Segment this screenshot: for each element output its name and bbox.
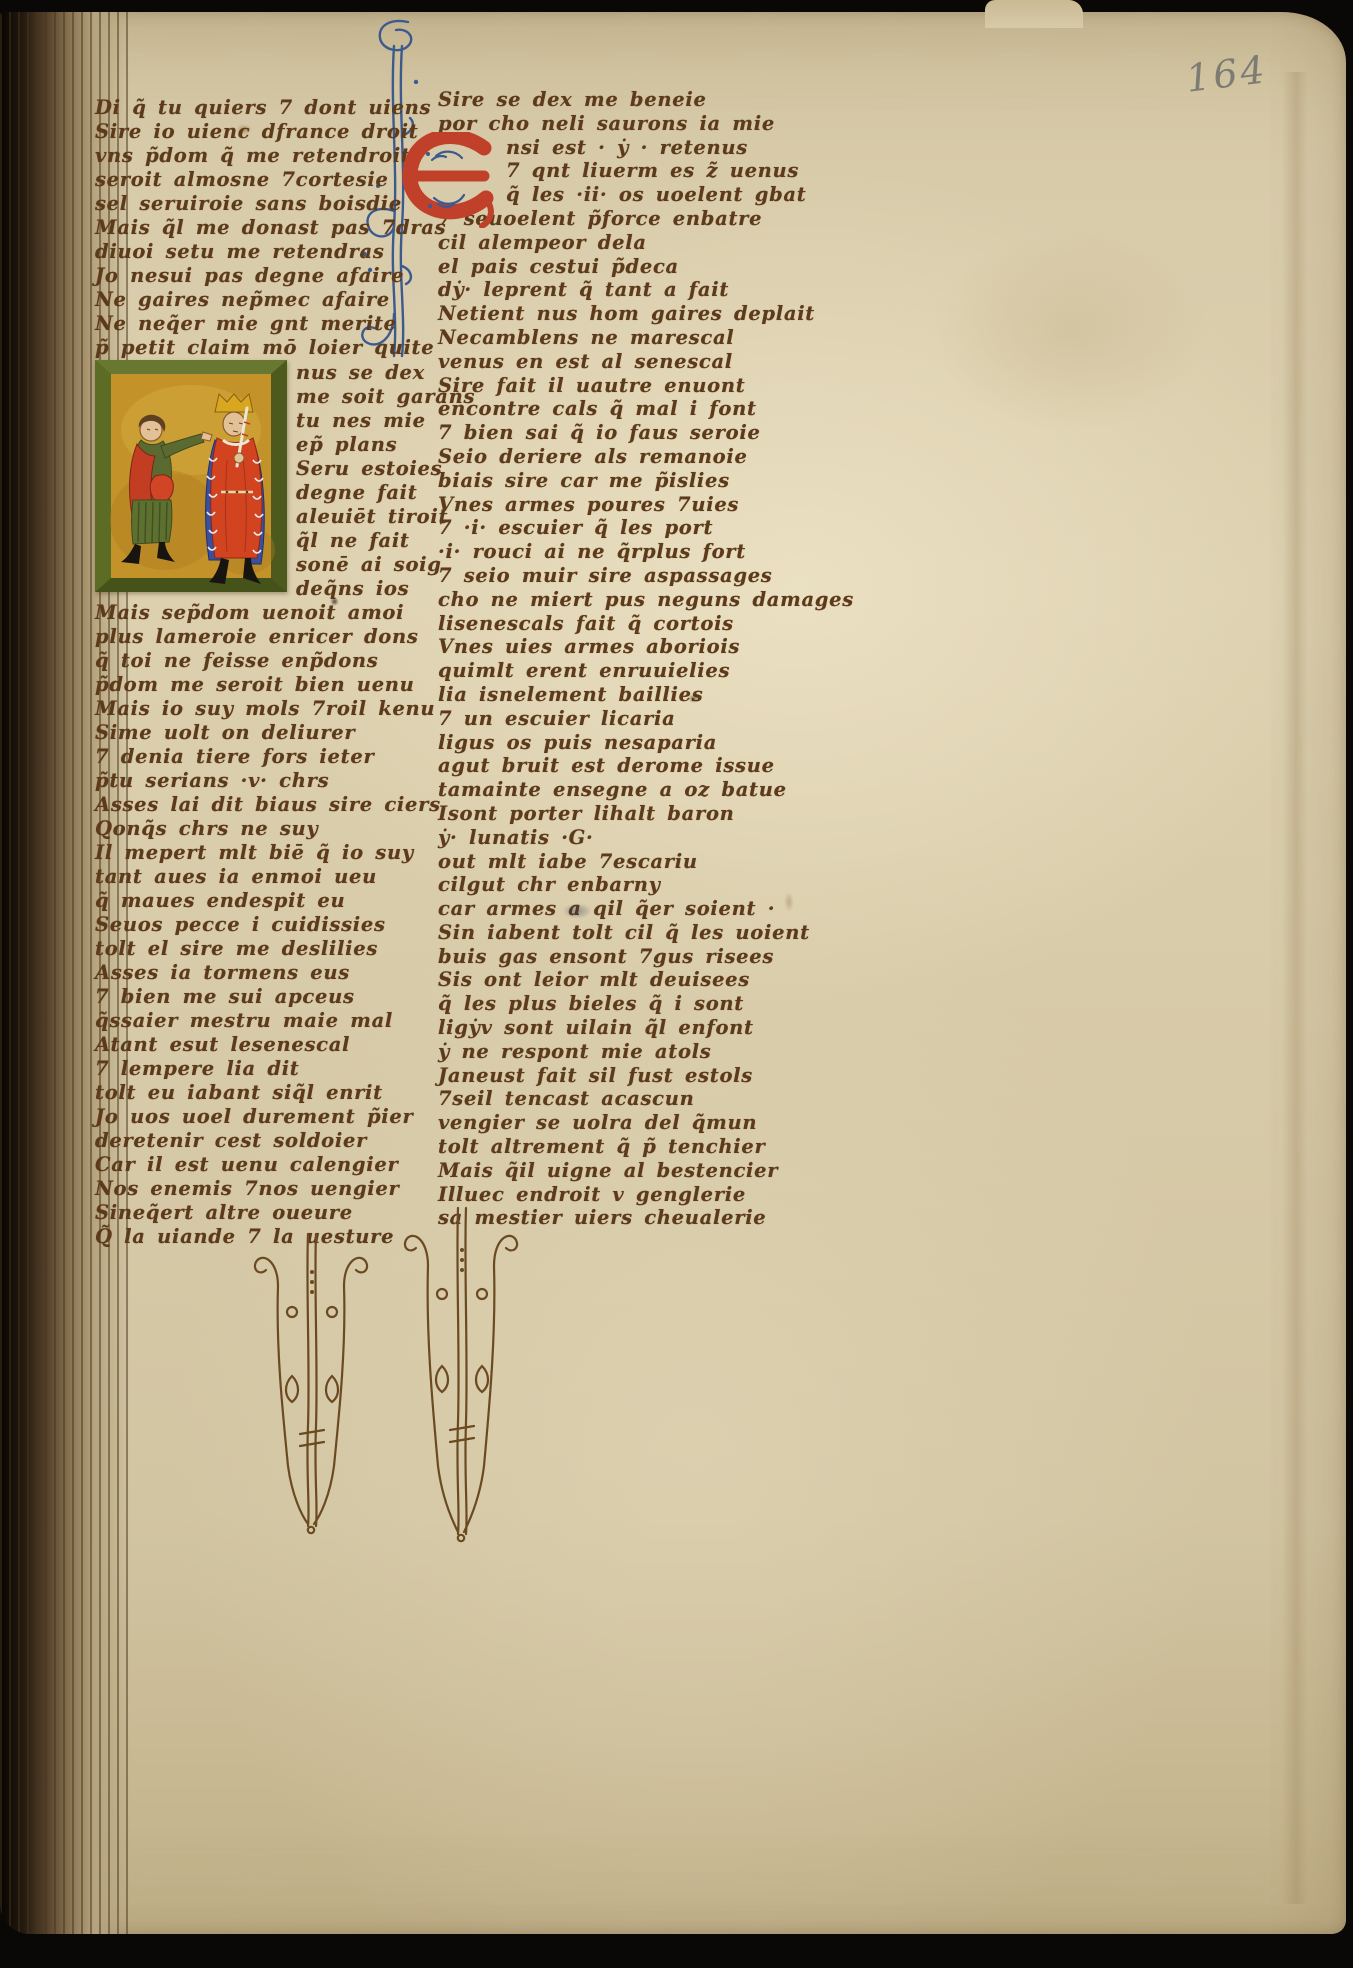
text-column-left: Di q̃ tu quiers 7 dont uiensSire io uien…	[95, 96, 445, 1249]
manuscript-text-line: ẏ· lunatis ·G·	[438, 826, 868, 850]
manuscript-text-line: Netient nus hom gaires deplait	[438, 302, 868, 326]
manuscript-text-line: Mais sep̃dom uenoit amoi	[95, 601, 445, 625]
manuscript-text-line: vengier se uolra del q̃mun	[438, 1111, 868, 1135]
manuscript-text-line: Necamblens ne marescal	[438, 326, 868, 350]
manuscript-text-line: seroit almosne 7cortesie	[95, 168, 445, 192]
manuscript-text-line: Janeust fait sil fust estols	[438, 1064, 868, 1088]
manuscript-text-line: Sis ont leior mlt deuisees	[438, 968, 868, 992]
manuscript-text-line: Mais q̃il uigne al bestencier	[438, 1159, 868, 1183]
manuscript-text-line: Qonq̃s chrs ne suy	[95, 817, 445, 841]
manuscript-text-line: Il mepert mlt biē q̃ io suy	[95, 841, 445, 865]
manuscript-text-line: quimlt erent enruuielies	[438, 659, 868, 683]
manuscript-text-line: buis gas ensont 7gus risees	[438, 945, 868, 969]
manuscript-text-line: cil alempeor dela	[438, 231, 868, 255]
manuscript-text-line: agut bruit est derome issue	[438, 754, 868, 778]
manuscript-text-line: sel seruiroie sans boisdie	[95, 192, 445, 216]
manuscript-text-line: Jo nesui pas degne afaire	[95, 264, 445, 288]
manuscript-text-line: Sire io uienc dfrance droit	[95, 120, 445, 144]
manuscript-text-line: 7 qnt liuerm es z̃ uenus	[506, 159, 868, 183]
manuscript-text-line: 7 seio muir sire aspassages	[438, 564, 868, 588]
manuscript-text-line: Sineq̃ert altre oueure	[95, 1201, 445, 1225]
manuscript-text-line: Vnes uies armes aboriois	[438, 635, 868, 659]
parchment-stain	[920, 222, 1220, 442]
under-leaf-corner	[985, 0, 1083, 28]
manuscript-text-line: 7 denia tiere fors ieter	[95, 745, 445, 769]
text-column-right: Sire se dex me beneiepor cho neli sauron…	[438, 88, 868, 1230]
manuscript-text-line: Jo uos uoel durement p̃ier	[95, 1105, 445, 1129]
manuscript-text-line: q̃ maues endespit eu	[95, 889, 445, 913]
miniature-row: nus se dexme soit garanstu nes mieep̃ pl…	[95, 360, 445, 601]
manuscript-text-line: out mlt iabe 7escariu	[438, 850, 868, 874]
manuscript-text-line: ·i· rouci ai ne q̃rplus fort	[438, 540, 868, 564]
manuscript-text-line: car armes a qil q̃er soient ·	[438, 897, 868, 921]
manuscript-text-line: p̃tu serians ·v· chrs	[95, 769, 445, 793]
manuscript-text-line: Ne neq̃er mie gnt merite	[95, 312, 445, 336]
manuscript-text-line: lisenescals fait q̃ cortois	[438, 612, 868, 636]
manuscript-text-line: Sin iabent tolt cil q̃ les uoient	[438, 921, 868, 945]
manuscript-text-line: q̃ssaier mestru maie mal	[95, 1009, 445, 1033]
line-filler-flourish-left	[248, 1226, 373, 1536]
manuscript-text-line: tolt eu iabant siq̃l enrit	[95, 1081, 445, 1105]
manuscript-text-line: Seio deriere als remanoie	[438, 445, 868, 469]
manuscript-text-line: tamainte ensegne a oz batue	[438, 778, 868, 802]
manuscript-text-line: tolt altrement q̃ p̃ tenchier	[438, 1135, 868, 1159]
left-column-bottom-lines: Mais sep̃dom uenoit amoiplus lameroie en…	[95, 601, 445, 1249]
manuscript-text-line: encontre cals q̃ mal i font	[438, 397, 868, 421]
manuscript-text-line: Ne gaires nep̃mec afaire	[95, 288, 445, 312]
manuscript-text-line: ligus os puis nesaparia	[438, 731, 868, 755]
manuscript-text-line: 7 ·i· escuier q̃ les port	[438, 516, 868, 540]
manuscript-photo: 164 Di q̃ tu quiers 7 dont uiensSire io …	[0, 0, 1353, 1968]
manuscript-text-line: Seuos pecce i cuidissies	[95, 913, 445, 937]
manuscript-text-line: Car il est uenu calengier	[95, 1153, 445, 1177]
manuscript-text-line: Vnes armes poures 7uies	[438, 493, 868, 517]
manuscript-text-line: lia isnelement baillies	[438, 683, 868, 707]
manuscript-text-line: nsi est · ẏ · retenus	[506, 136, 868, 160]
left-column-top-lines: Di q̃ tu quiers 7 dont uiensSire io uien…	[95, 96, 445, 360]
manuscript-text-line: 7 bien sai q̃ io faus seroie	[438, 421, 868, 445]
manuscript-text-line: venus en est al senescal	[438, 350, 868, 374]
manuscript-text-line: Mais io suy mols 7roil kenu	[95, 697, 445, 721]
manuscript-text-line: q̃ les ·ii· os uoelent gbat	[506, 183, 868, 207]
manuscript-text-line: ligẏv sont uilain q̃l enfont	[438, 1016, 868, 1040]
manuscript-text-line: p̃dom me seroit bien uenu	[95, 673, 445, 697]
right-column-lines: 7 seuoelent p̃force enbatrecil alempeor …	[438, 207, 868, 1230]
manuscript-text-line: vns p̃dom q̃ me retendroit	[95, 144, 445, 168]
manuscript-text-line: cilgut chr enbarny	[438, 873, 868, 897]
manuscript-text-line: tolt el sire me deslilies	[95, 937, 445, 961]
manuscript-text-line: Nos enemis 7nos uengier	[95, 1177, 445, 1201]
manuscript-text-line: Sire fait il uautre enuont	[438, 374, 868, 398]
manuscript-text-line: tant aues ia enmoi ueu	[95, 865, 445, 889]
manuscript-text-line: dẏ· leprent q̃ tant a fait	[438, 278, 868, 302]
manuscript-text-line: 7seil tencast acascun	[438, 1087, 868, 1111]
manuscript-text-line: plus lameroie enricer dons	[95, 625, 445, 649]
manuscript-text-line: deretenir cest soldoier	[95, 1129, 445, 1153]
manuscript-text-line: 7 bien me sui apceus	[95, 985, 445, 1009]
manuscript-text-line: Sire se dex me beneie	[438, 88, 868, 112]
manuscript-text-line: biais sire car me p̃islies	[438, 469, 868, 493]
line-filler-flourish-right	[398, 1200, 523, 1545]
manuscript-text-line: ẏ ne respont mie atols	[438, 1040, 868, 1064]
manuscript-text-line: 7 un escuier licaria	[438, 707, 868, 731]
manuscript-text-line: q̃ les plus bieles q̃ i sont	[438, 992, 868, 1016]
manuscript-text-line: Atant esut lesenescal	[95, 1033, 445, 1057]
illuminated-initial-block: nsi est · ẏ · retenus7 qnt liuerm es z̃ …	[438, 136, 868, 207]
manuscript-text-line: diuoi setu me retendras	[95, 240, 445, 264]
manuscript-text-line: q̃ toi ne feisse enp̃dons	[95, 649, 445, 673]
manuscript-text-line: Isont porter lihalt baron	[438, 802, 868, 826]
manuscript-text-line: Asses lai dit biaus sire ciers	[95, 793, 445, 817]
manuscript-text-line: p̃ petit claim mō loier quite	[95, 336, 445, 360]
manuscript-text-line: 7 lempere lia dit	[95, 1057, 445, 1081]
manuscript-text-line: el pais cestui p̃deca	[438, 255, 868, 279]
manuscript-text-line: Di q̃ tu quiers 7 dont uiens	[95, 96, 445, 120]
manuscript-text-line: cho ne miert pus neguns damages	[438, 588, 868, 612]
manuscript-text-line: Asses ia tormens eus	[95, 961, 445, 985]
manuscript-text-line: Mais q̃l me donast pas 7dras	[95, 216, 445, 240]
manuscript-text-line: Sime uolt on deliurer	[95, 721, 445, 745]
illuminated-initial-E	[398, 132, 504, 228]
illuminated-miniature	[95, 360, 287, 592]
right-column-opening-lines: Sire se dex me beneiepor cho neli sauron…	[438, 88, 868, 136]
